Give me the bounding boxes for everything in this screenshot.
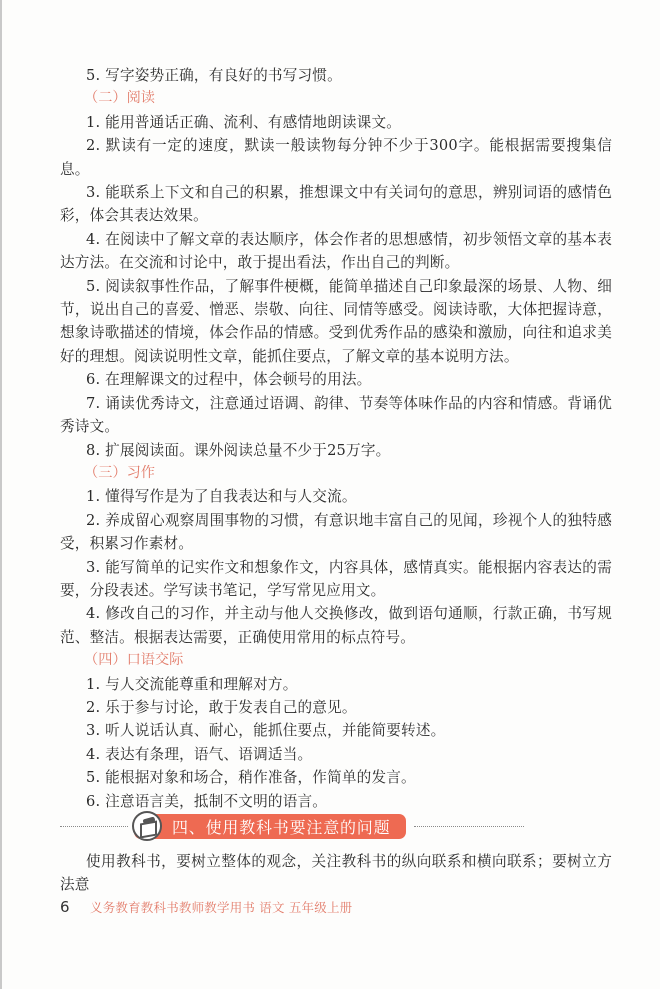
document-body: 5. 写字姿势正确，有良好的书写习惯。 （二）阅读 1. 能用普通话正确、流利、… bbox=[60, 64, 612, 813]
paragraph-item: 4. 修改自己的习作，并主动与他人交换修改，做到语句通顺，行款正确，书写规范、整… bbox=[60, 602, 612, 649]
paragraph-item: 5. 能根据对象和场合，稍作准备，作简单的发言。 bbox=[60, 766, 612, 789]
paragraph-item: 使用教科书，要树立整体的观念，关注教科书的纵向联系和横向联系；要树立方法意 bbox=[60, 850, 612, 897]
paragraph-item: 5. 写字姿势正确，有良好的书写习惯。 bbox=[60, 64, 612, 87]
paragraph-item: 4. 表达有条理，语气、语调适当。 bbox=[60, 743, 612, 766]
paragraph-item: 6. 在理解课文的过程中，体会顿号的用法。 bbox=[60, 368, 612, 391]
paragraph-item: 8. 扩展阅读面。课外阅读总量不少于25万字。 bbox=[60, 439, 612, 462]
paragraph-item: 2. 乐于参与讨论，敢于发表自己的意见。 bbox=[60, 696, 612, 719]
section-heading-oral: （四）口语交际 bbox=[84, 649, 612, 672]
paragraph-item: 3. 能写简单的记实作文和想象作文，内容具体，感情真实。能根据内容表达的需要，分… bbox=[60, 556, 612, 603]
paragraph-item: 1. 懂得写作是为了自我表达和与人交流。 bbox=[60, 485, 612, 508]
page-footer: 6 义务教育教科书教师教学用书 语文 五年级上册 bbox=[60, 896, 352, 918]
paragraph-item: 1. 与人交流能尊重和理解对方。 bbox=[60, 673, 612, 696]
paragraph-item: 1. 能用普通话正确、流利、有感情地朗读课文。 bbox=[60, 111, 612, 134]
dotted-rule-right bbox=[414, 826, 524, 827]
banner-pill: 四、使用教科书要注意的问题 bbox=[134, 814, 406, 839]
book-icon bbox=[132, 811, 162, 841]
paragraph-item: 2. 默读有一定的速度，默读一般读物每分钟不少于300字。能根据需要搜集信息。 bbox=[60, 134, 612, 181]
page-number: 6 bbox=[60, 898, 90, 916]
paragraph-item: 3. 能联系上下文和自己的积累，推想课文中有关词句的意思，辨别词语的感情色彩，体… bbox=[60, 181, 612, 228]
section-banner: 四、使用教科书要注意的问题 bbox=[60, 814, 612, 840]
paragraph-item: 7. 诵读优秀诗文，注意通过语调、韵律、节奏等体味作品的内容和情感。背诵优秀诗文… bbox=[60, 392, 612, 439]
paragraph-item: 2. 养成留心观察周围事物的习惯，有意识地丰富自己的见闻，珍视个人的独特感受，积… bbox=[60, 509, 612, 556]
paragraph-item: 3. 听人说话认真、耐心，能抓住要点，并能简要转述。 bbox=[60, 719, 612, 742]
page-edge bbox=[0, 0, 2, 989]
dotted-rule-left bbox=[60, 826, 128, 827]
banner-title: 四、使用教科书要注意的问题 bbox=[172, 815, 390, 838]
section-heading-writing: （三）习作 bbox=[84, 462, 612, 485]
bottom-paragraph-block: 使用教科书，要树立整体的观念，关注教科书的纵向联系和横向联系；要树立方法意 bbox=[60, 850, 612, 897]
paragraph-item: 6. 注意语言美，抵制不文明的语言。 bbox=[60, 790, 612, 813]
book-title: 义务教育教科书教师教学用书 语文 五年级上册 bbox=[90, 898, 352, 916]
paragraph-item: 4. 在阅读中了解文章的表达顺序，体会作者的思想感情，初步领悟文章的基本表达方法… bbox=[60, 228, 612, 275]
paragraph-item: 5. 阅读叙事性作品，了解事件梗概，能简单描述自己印象最深的场景、人物、细节，说… bbox=[60, 275, 612, 369]
section-heading-reading: （二）阅读 bbox=[84, 87, 612, 110]
